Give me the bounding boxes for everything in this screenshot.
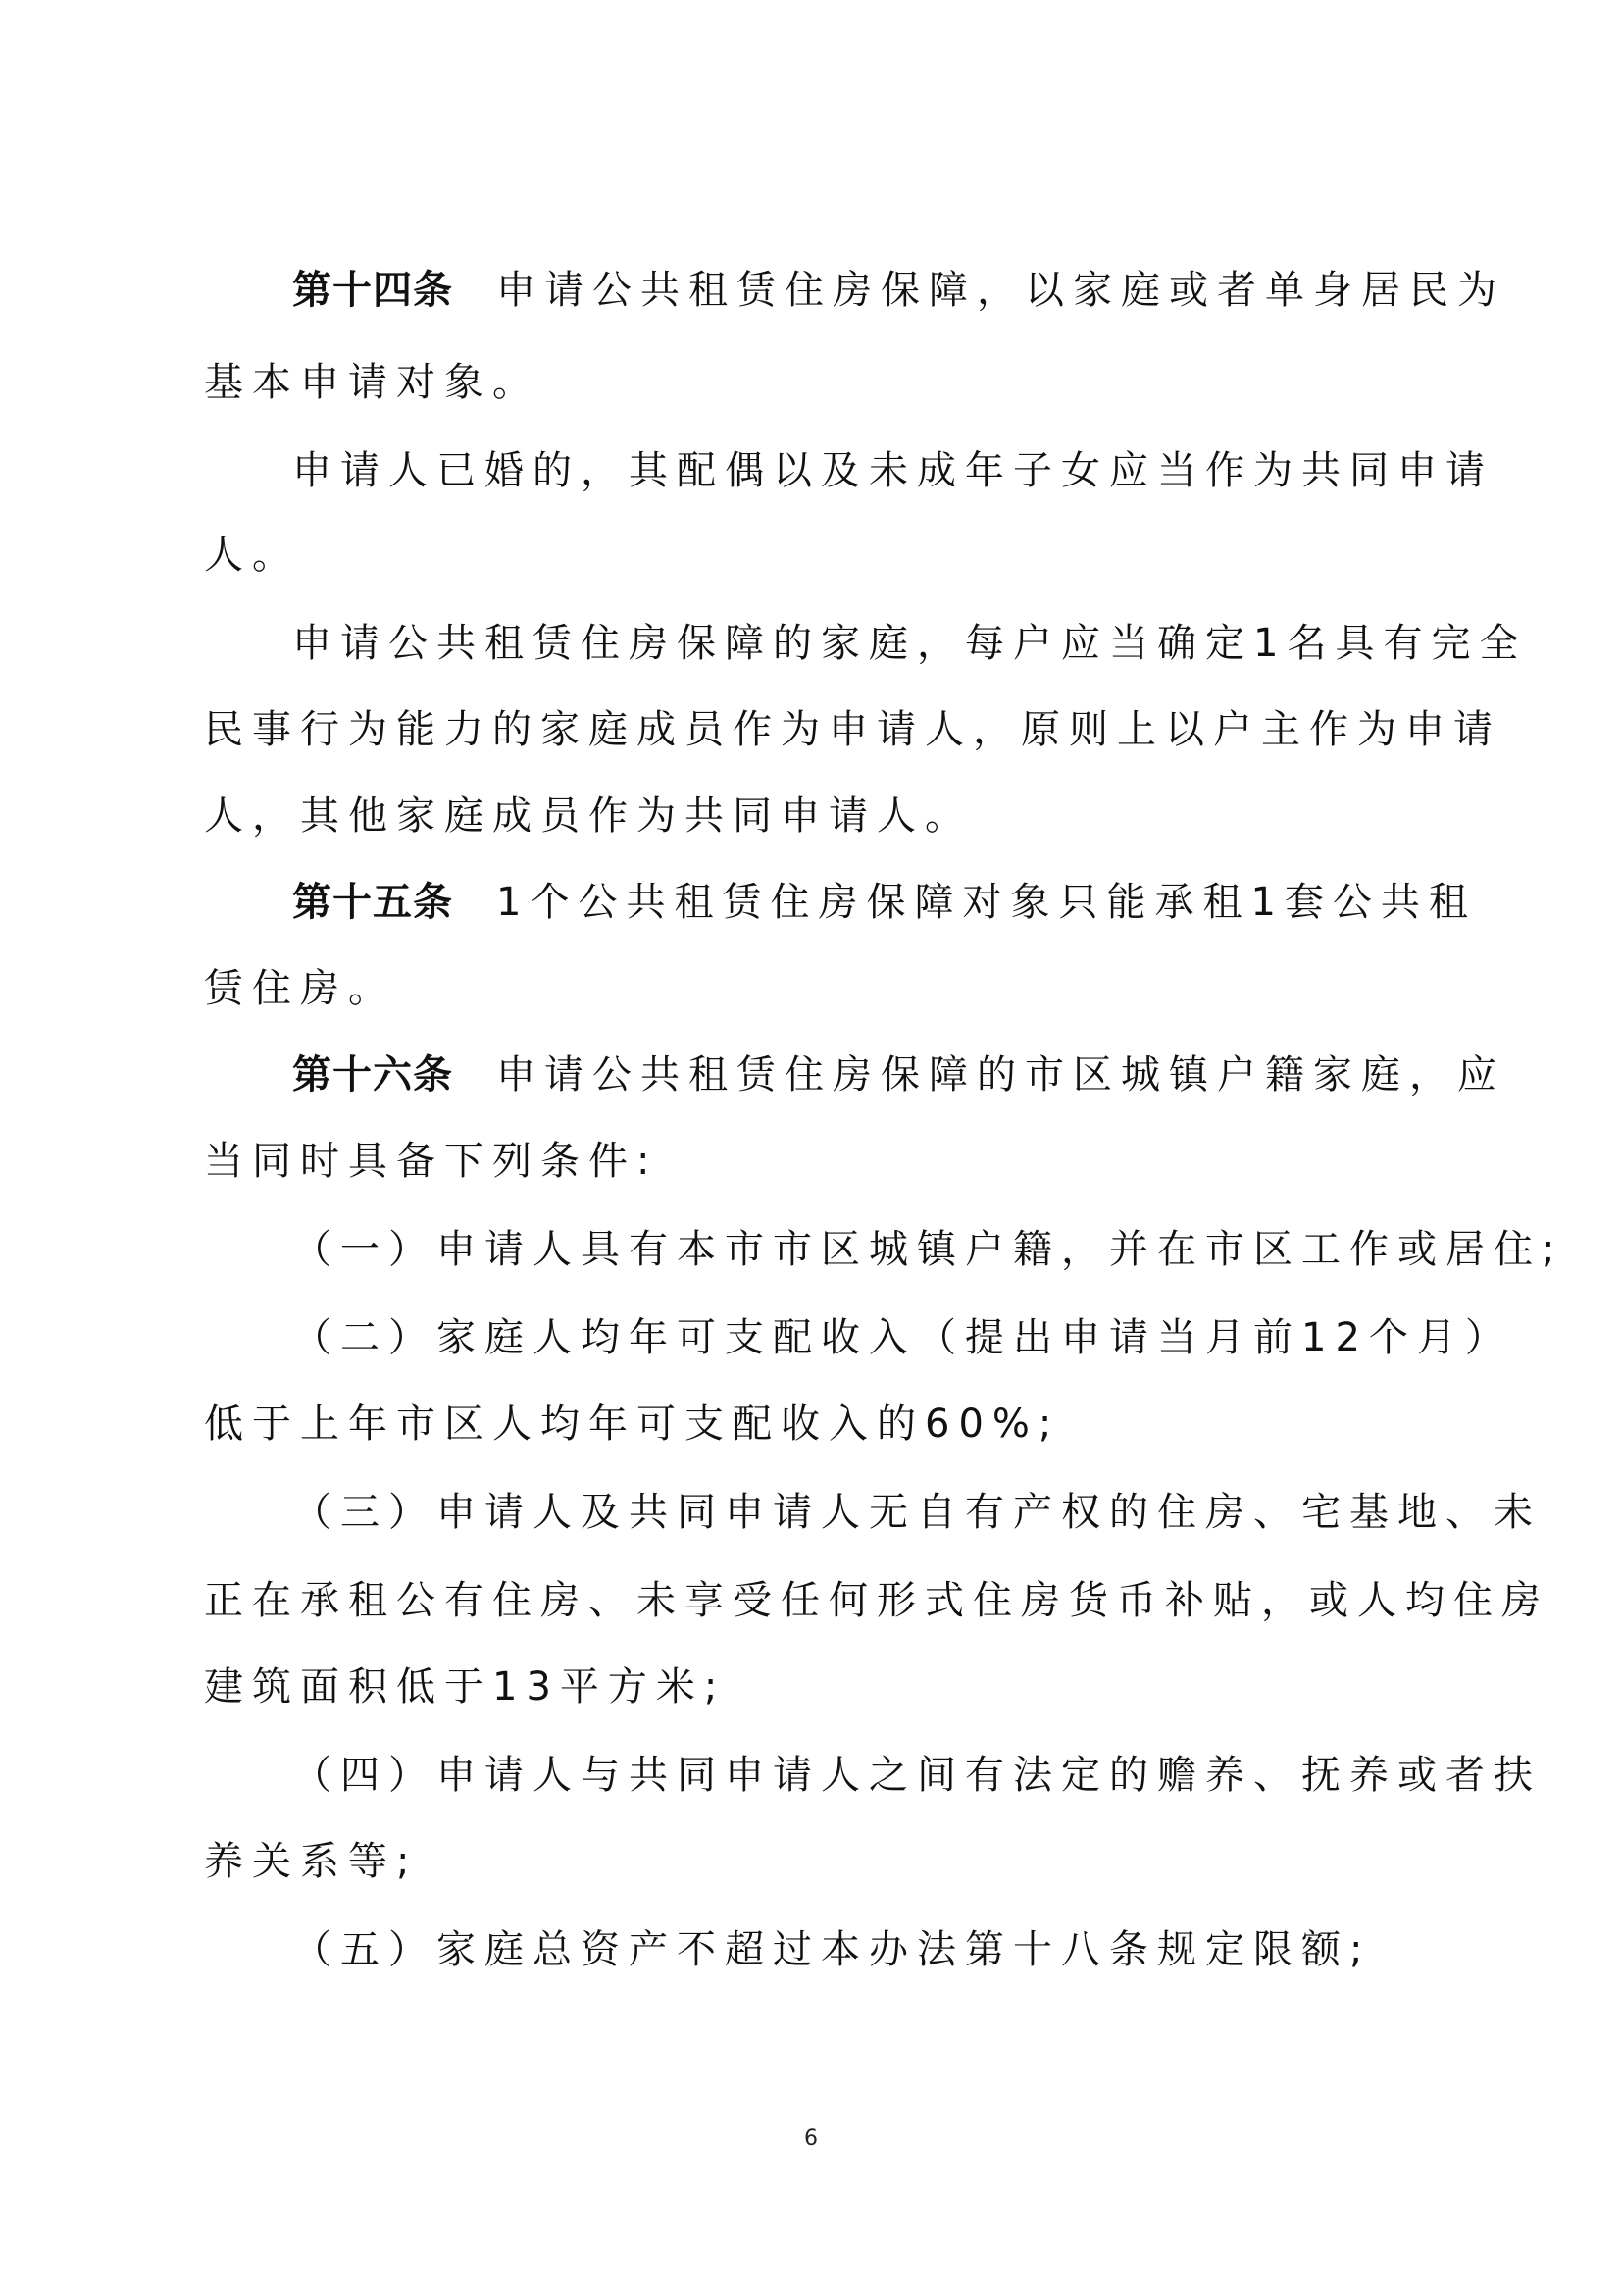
article-number: 第十四条 (292, 268, 453, 313)
paragraph-text: 申请公共租赁住房保障的家庭，每户应当确定1名具有完全 (292, 621, 1527, 666)
article-14-para-3-line-2: 民事行为能力的家庭成员作为申请人，原则上以户主作为申请 (204, 702, 1501, 757)
paragraph-text: 基本申请对象。 (204, 360, 540, 405)
condition-2-line-1: （二）家庭人均年可支配收入（提出申请当月前12个月） (292, 1310, 1513, 1365)
paragraph-text: 1个公共租赁住房保障对象只能承租1套公共租 (496, 880, 1477, 925)
page-number: 6 (0, 2126, 1622, 2151)
condition-3-line-1: （三）申请人及共同申请人无自有产权的住房、宅基地、未 (292, 1485, 1542, 1540)
paragraph-text: 民事行为能力的家庭成员作为申请人，原则上以户主作为申请 (204, 707, 1501, 752)
paragraph-text: 低于上年市区人均年可支配收入的60%; (204, 1402, 1060, 1447)
paragraph-text: 正在承租公有住房、未享受任何形式住房货币补贴，或人均住房 (204, 1578, 1549, 1623)
document-page: 第十四条申请公共租赁住房保障，以家庭或者单身居民为 基本申请对象。 申请人已婚的… (0, 0, 1622, 2296)
article-14-para-3-line-3: 人，其他家庭成员作为共同申请人。 (204, 789, 973, 843)
paragraph-text: 养关系等; (204, 1839, 418, 1884)
paragraph-text: （五）家庭总资产不超过本办法第十八条规定限额; (292, 1927, 1371, 1972)
article-14-para-2-line-2: 人。 (204, 528, 300, 583)
paragraph-text: （三）申请人及共同申请人无自有产权的住房、宅基地、未 (292, 1490, 1542, 1535)
article-15-line-2: 赁住房。 (204, 961, 396, 1016)
paragraph-text: 赁住房。 (204, 966, 396, 1011)
article-number: 第十六条 (292, 1052, 453, 1097)
condition-1: （一）申请人具有本市市区城镇户籍，并在市区工作或居住; (292, 1222, 1563, 1277)
article-16-line-1: 第十六条申请公共租赁住房保障的市区城镇户籍家庭，应 (292, 1047, 1505, 1102)
article-14-para-3-line-1: 申请公共租赁住房保障的家庭，每户应当确定1名具有完全 (292, 616, 1527, 671)
paragraph-text: （四）申请人与共同申请人之间有法定的赡养、抚养或者扶 (292, 1753, 1542, 1798)
condition-2-line-2: 低于上年市区人均年可支配收入的60%; (204, 1397, 1060, 1452)
paragraph-text: 当同时具备下列条件: (204, 1139, 658, 1184)
paragraph-text: 申请人已婚的，其配偶以及未成年子女应当作为共同申请 (292, 448, 1494, 493)
article-14-para-2-line-1: 申请人已婚的，其配偶以及未成年子女应当作为共同申请 (292, 443, 1494, 498)
paragraph-text: （二）家庭人均年可支配收入（提出申请当月前12个月） (292, 1315, 1513, 1360)
paragraph-text: 人，其他家庭成员作为共同申请人。 (204, 793, 973, 839)
condition-5: （五）家庭总资产不超过本办法第十八条规定限额; (292, 1922, 1371, 1977)
article-14-line-2: 基本申请对象。 (204, 355, 540, 410)
paragraph-text: 申请公共租赁住房保障的市区城镇户籍家庭，应 (496, 1052, 1505, 1097)
condition-3-line-2: 正在承租公有住房、未享受任何形式住房货币补贴，或人均住房 (204, 1573, 1549, 1628)
paragraph-text: 人。 (204, 533, 300, 578)
article-15-line-1: 第十五条1个公共租赁住房保障对象只能承租1套公共租 (292, 875, 1477, 930)
article-14-line-1: 第十四条申请公共租赁住房保障，以家庭或者单身居民为 (292, 263, 1505, 318)
paragraph-text: 申请公共租赁住房保障，以家庭或者单身居民为 (496, 268, 1505, 313)
article-number: 第十五条 (292, 880, 453, 925)
condition-4-line-1: （四）申请人与共同申请人之间有法定的赡养、抚养或者扶 (292, 1748, 1542, 1803)
condition-4-line-2: 养关系等; (204, 1834, 418, 1889)
paragraph-text: （一）申请人具有本市市区城镇户籍，并在市区工作或居住; (292, 1227, 1563, 1272)
condition-3-line-3: 建筑面积低于13平方米; (204, 1659, 726, 1714)
article-16-line-2: 当同时具备下列条件: (204, 1134, 658, 1189)
paragraph-text: 建筑面积低于13平方米; (204, 1664, 726, 1709)
